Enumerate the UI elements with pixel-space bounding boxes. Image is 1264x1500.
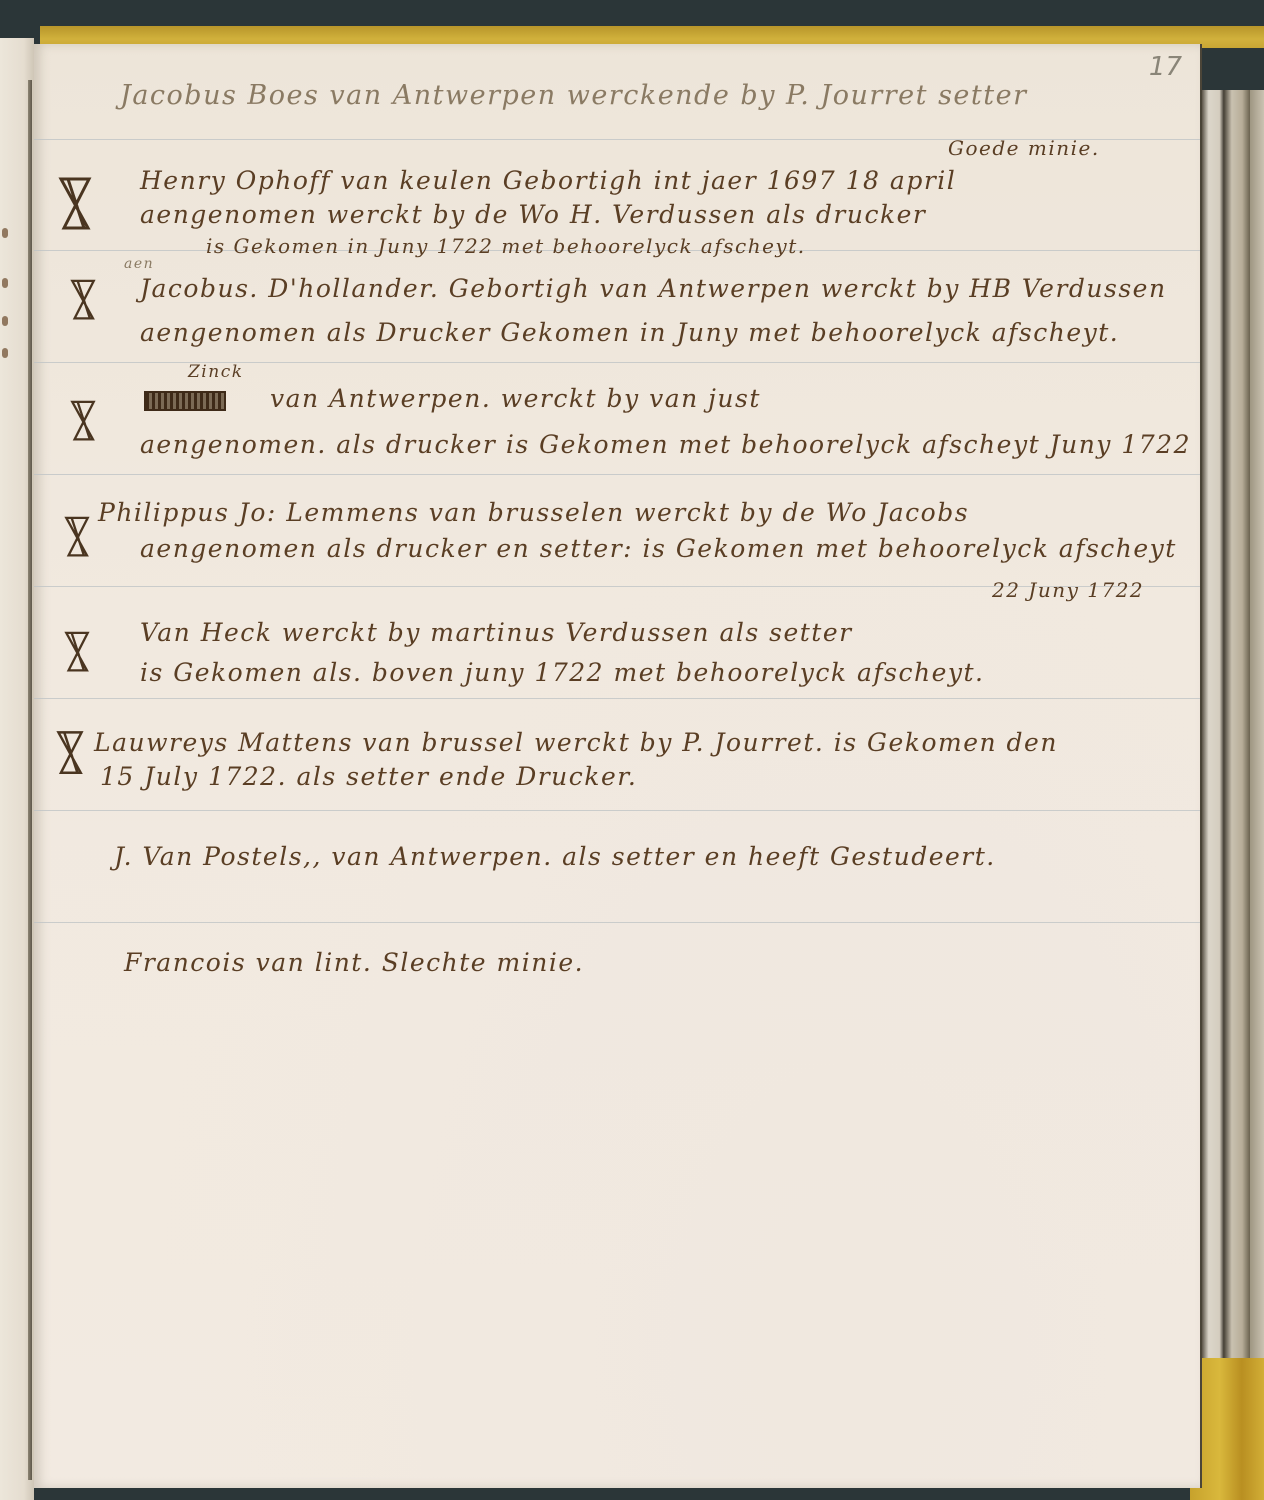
ruled-line (34, 810, 1200, 811)
entry-line: Francois van lint. Slechte minie. (124, 948, 584, 977)
entry-line: aengenomen. als drucker is Gekomen met b… (140, 430, 1191, 459)
entry-line: aengenomen werckt by de Wo H. Verdussen … (140, 200, 926, 229)
ruled-line (34, 474, 1200, 475)
entry-line: is Gekomen in Juny 1722 met behoorelyck … (206, 234, 806, 258)
struck-out-text (144, 391, 226, 411)
ruled-line (34, 698, 1200, 699)
cross-mark-icon (70, 390, 96, 452)
entry-line: Lauwreys Mattens van brussel werckt by P… (94, 728, 1058, 757)
entry-line: is Gekomen als. boven juny 1722 met beho… (140, 658, 984, 687)
page-stack (1224, 90, 1250, 1358)
ink-mark (2, 228, 8, 238)
entry-line (140, 384, 230, 413)
entry-date: 22 Juny 1722 (992, 578, 1144, 602)
entry-line: Jacobus. D'hollander. Gebortigh van Antw… (140, 274, 1167, 303)
folio-number: 17 (1149, 52, 1182, 82)
header-line: Jacobus Boes van Antwerpen werckende by … (120, 80, 1028, 111)
entry-line: Henry Ophoff van keulen Gebortigh int ja… (140, 166, 956, 195)
entry-line: aengenomen als drucker en setter: is Gek… (140, 534, 1177, 563)
margin-note: aen (124, 256, 154, 272)
entry-line: aengenomen als Drucker Gekomen in Juny m… (140, 318, 1119, 347)
page-stack (1202, 90, 1224, 1358)
cross-mark-icon (58, 176, 92, 232)
ink-mark (2, 348, 8, 358)
entry-line-rest: van Antwerpen. werckt by van just (270, 384, 761, 413)
cross-mark-icon (64, 626, 90, 678)
entry-line: Van Heck werckt by martinus Verdussen al… (140, 618, 853, 647)
cross-mark-icon (64, 514, 90, 560)
page-stack (1250, 90, 1264, 1358)
ink-mark (2, 316, 8, 326)
manuscript-page: 17 Jacobus Boes van Antwerpen werckende … (34, 44, 1202, 1488)
entry-line: Philippus Jo: Lemmens van brusselen werc… (98, 498, 969, 527)
ruled-line (34, 922, 1200, 923)
interlinear-insertion: Zinck (188, 362, 244, 382)
ink-mark (2, 278, 8, 288)
header-annotation: Goede minie. (948, 136, 1100, 160)
entry-line: 15 July 1722. als setter ende Drucker. (100, 762, 637, 791)
cross-mark-icon (70, 276, 96, 324)
entry-line: J. Van Postels,, van Antwerpen. als sett… (114, 842, 996, 871)
book-gutter (28, 80, 32, 1480)
cross-mark-icon (56, 728, 84, 778)
